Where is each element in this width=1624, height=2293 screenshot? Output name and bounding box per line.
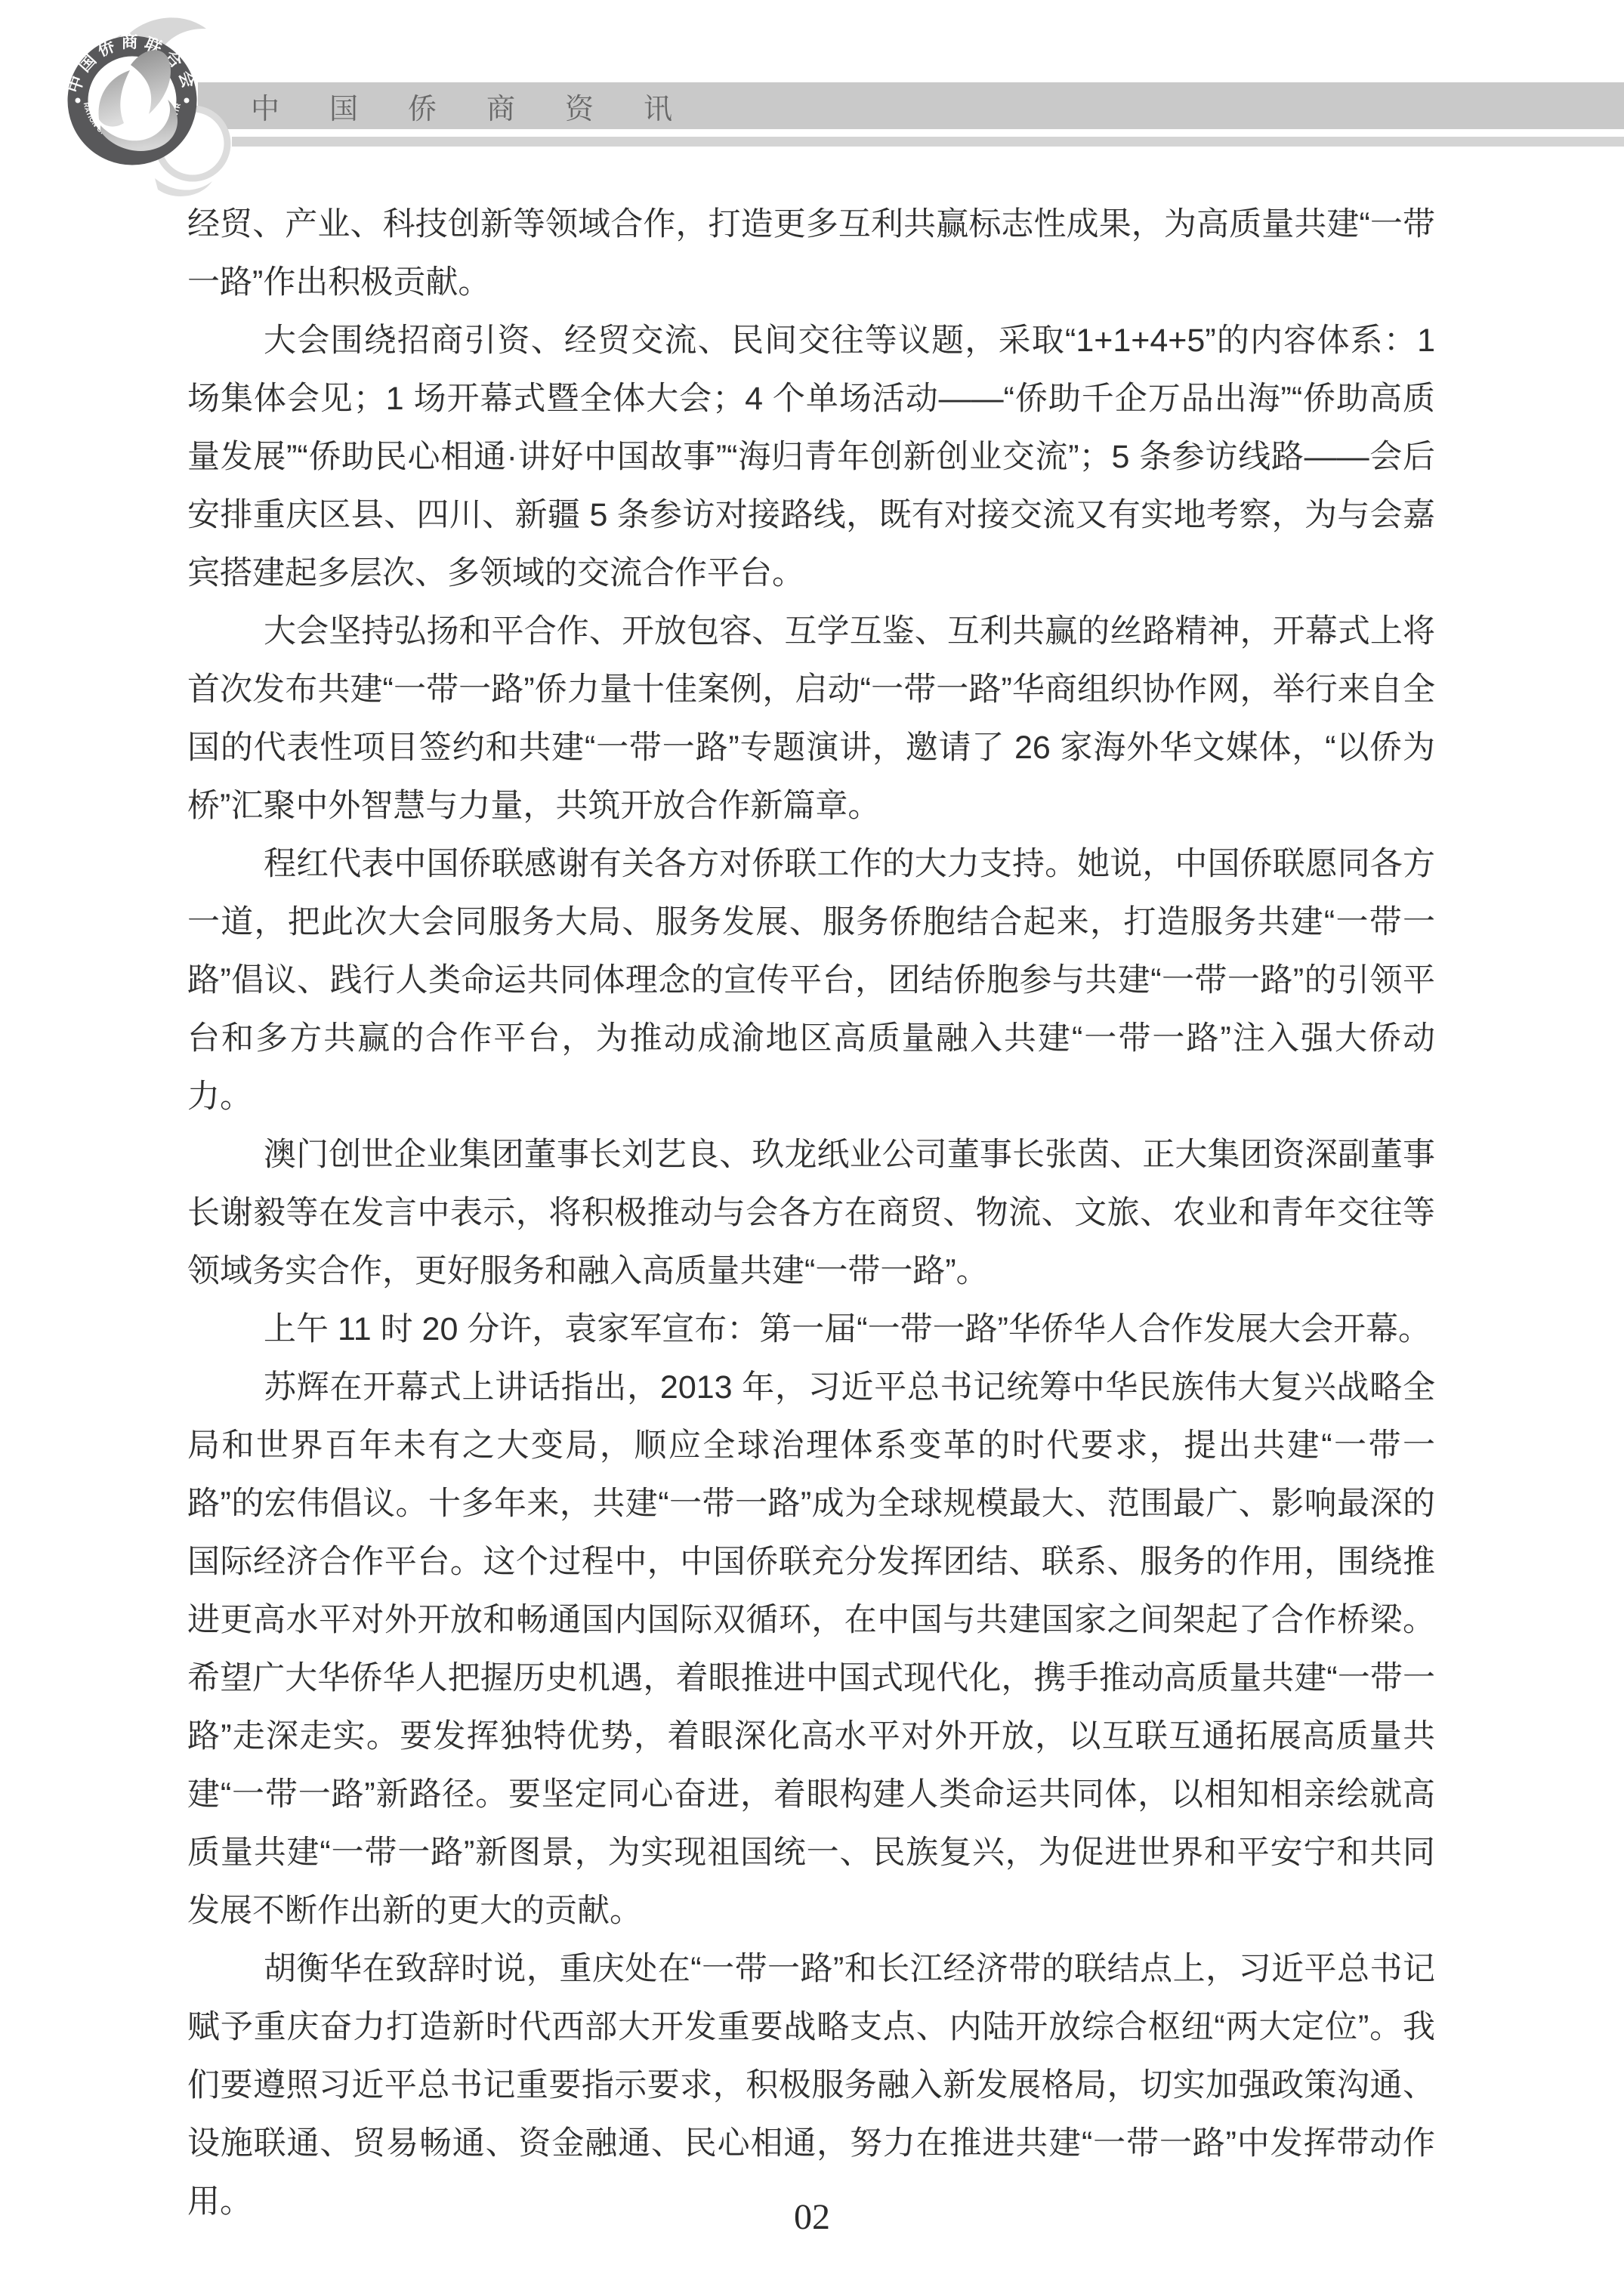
- masthead-bar: 中国侨商资讯: [198, 82, 1624, 129]
- page-number: 02: [0, 2196, 1624, 2238]
- article-paragraph: 程红代表中国侨联感谢有关各方对侨联工作的大力支持。她说，中国侨联愿同各方一道，把…: [187, 835, 1435, 1126]
- article-paragraph: 大会坚持弘扬和平合作、开放包容、互学互鉴、互利共赢的丝路精神，开幕式上将首次发布…: [187, 603, 1435, 835]
- article-paragraph: 胡衡华在致辞时说，重庆处在“一带一路”和长江经济带的联结点上，习近平总书记赋予重…: [187, 1940, 1435, 2231]
- page: 中国侨商资讯: [0, 0, 1624, 2293]
- article-paragraph: 苏辉在开幕式上讲话指出，2013 年，习近平总书记统筹中华民族伟大复兴战略全局和…: [187, 1359, 1435, 1940]
- article: 经贸、产业、科技创新等领域合作，打造更多互利共赢标志性成果，为高质量共建“一带一…: [187, 196, 1435, 2231]
- ring-dot-right-icon: [184, 98, 190, 103]
- article-paragraph: 上午 11 时 20 分许，袁家军宣布：第一届“一带一路”华侨华人合作发展大会开…: [187, 1301, 1435, 1359]
- ring-dot-left-icon: [76, 98, 81, 103]
- article-paragraph: 经贸、产业、科技创新等领域合作，打造更多互利共赢标志性成果，为高质量共建“一带一…: [187, 196, 1435, 312]
- article-paragraph: 澳门创世企业集团董事长刘艺良、玖龙纸业公司董事长张茵、正大集团资深副董事长谢毅等…: [187, 1126, 1435, 1301]
- logo-emblem-icon: 中国侨商联合会 CHINA FEDERATION OF OVERSEAS CHI…: [42, 6, 283, 210]
- masthead-subbar: [232, 137, 1624, 147]
- organization-logo: 中国侨商联合会 CHINA FEDERATION OF OVERSEAS CHI…: [42, 6, 283, 210]
- article-paragraph: 大会围绕招商引资、经贸交流、民间交往等议题，采取“1+1+4+5”的内容体系：1…: [187, 312, 1435, 603]
